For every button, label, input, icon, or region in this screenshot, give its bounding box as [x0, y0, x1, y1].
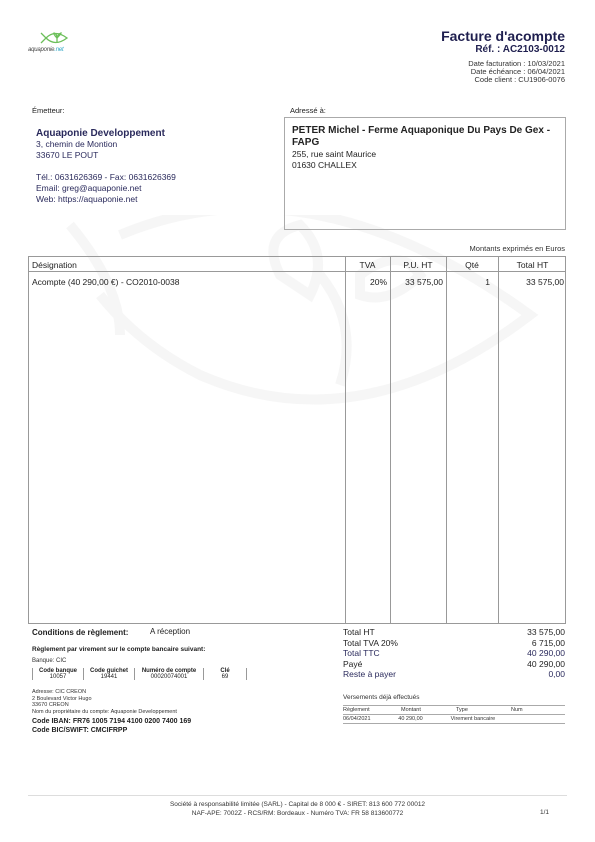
document-title: Facture d'acompte — [441, 28, 565, 44]
footer-line-2: NAF-APE: 7002Z - RCS/RM: Bordeaux - Numé… — [0, 809, 595, 818]
account-number-value: 00020074001 — [141, 674, 197, 680]
recipient-block: PETER Michel - Ferme Aquaponique Du Pays… — [292, 125, 560, 171]
client-code: Code client : CU1906-0076 — [475, 75, 565, 84]
page-number: 1/1 — [540, 809, 549, 816]
line-designation: Acompte (40 290,00 €) - CO2010-0038 — [32, 277, 179, 287]
legal-footer: Société à responsabilité limitée (SARL) … — [0, 800, 595, 818]
payments-done-table: Règlement Montant Type Num 06/04/2021 40… — [343, 705, 565, 724]
paid-row: Payé40 290,00 — [343, 659, 565, 670]
key-value: 69 — [210, 674, 240, 680]
table-row: 06/04/2021 40 290,00 Virement bancaire — [343, 715, 565, 724]
iban-bic-block: Code IBAN: FR76 1005 7194 4100 0200 7400… — [32, 718, 191, 735]
total-ttc-row: Total TTC40 290,00 — [343, 648, 565, 659]
logo-text: aquaponie.net — [28, 47, 63, 53]
payments-done-header: Règlement Montant Type Num — [343, 705, 565, 715]
totals-block: Total HT33 575,00 Total TVA 20%6 715,00 … — [343, 627, 565, 680]
issuer-email: Email: greg@aquaponie.net — [36, 183, 176, 194]
issuer-name: Aquaponie Developpement — [36, 128, 176, 139]
payments-done-title: Versements déjà effectués — [343, 694, 419, 701]
payment-conditions-label: Conditions de règlement: — [32, 628, 128, 637]
issuer-web: Web: https://aquaponie.net — [36, 194, 176, 205]
payment-conditions-value: A réception — [150, 627, 190, 636]
invoice-reference: Réf. : AC2103-0012 — [475, 44, 565, 55]
fish-sprout-icon — [40, 30, 70, 46]
line-qty: 1 — [446, 277, 490, 287]
header-designation: Désignation — [32, 260, 77, 270]
header-qty: Qté — [446, 260, 498, 270]
currency-note: Montants exprimés en Euros — [470, 244, 565, 253]
header-pu-ht: P.U. HT — [390, 260, 446, 270]
bank-name: Banque: CIC — [32, 658, 66, 664]
header-tva: TVA — [345, 260, 390, 270]
footer-line-1: Société à responsabilité limitée (SARL) … — [0, 800, 595, 809]
bank-details-table: Code banque10057 Code guichet19441 Numér… — [32, 668, 247, 680]
bank-transfer-title: Règlement par virement sur le compte ban… — [32, 646, 205, 653]
total-tva-row: Total TVA 20%6 715,00 — [343, 638, 565, 649]
branch-code-value: 19441 — [90, 674, 128, 680]
footer-divider — [28, 795, 567, 796]
issuer-address-1: 3, chemin de Montion — [36, 139, 176, 150]
line-pu-ht: 33 575,00 — [390, 277, 443, 287]
bank-address: Adresse: CIC CREON 2 Boulevard Victor Hu… — [32, 689, 177, 715]
issuer-block: Aquaponie Developpement 3, chemin de Mon… — [36, 128, 176, 205]
bic: Code BIC/SWIFT: CMCIFRPP — [32, 727, 191, 736]
line-total-ht: 33 575,00 — [498, 277, 564, 287]
issuer-address-2: 33670 LE POUT — [36, 150, 176, 161]
issuer-label: Émetteur: — [32, 106, 65, 115]
recipient-address-1: 255, rue saint Maurice — [292, 149, 560, 160]
line-tva: 20% — [345, 277, 387, 287]
recipient-name: PETER Michel - Ferme Aquaponique Du Pays… — [292, 125, 560, 149]
issuer-phone-fax: Tél.: 0631626369 - Fax: 0631626369 — [36, 172, 176, 183]
invoice-lines-table: Désignation TVA P.U. HT Qté Total HT Aco… — [28, 256, 566, 624]
iban: Code IBAN: FR76 1005 7194 4100 0200 7400… — [32, 718, 191, 727]
header-total-ht: Total HT — [498, 260, 567, 270]
recipient-label: Adressé à: — [290, 106, 326, 115]
bank-code-value: 10057 — [39, 674, 77, 680]
recipient-address-2: 01630 CHALLEX — [292, 160, 560, 171]
account-owner: Nom du propriétaire du compte: Aquaponie… — [32, 709, 177, 716]
total-ht-row: Total HT33 575,00 — [343, 627, 565, 638]
remaining-row: Reste à payer0,00 — [343, 669, 565, 680]
company-logo: aquaponie.net — [28, 30, 86, 58]
